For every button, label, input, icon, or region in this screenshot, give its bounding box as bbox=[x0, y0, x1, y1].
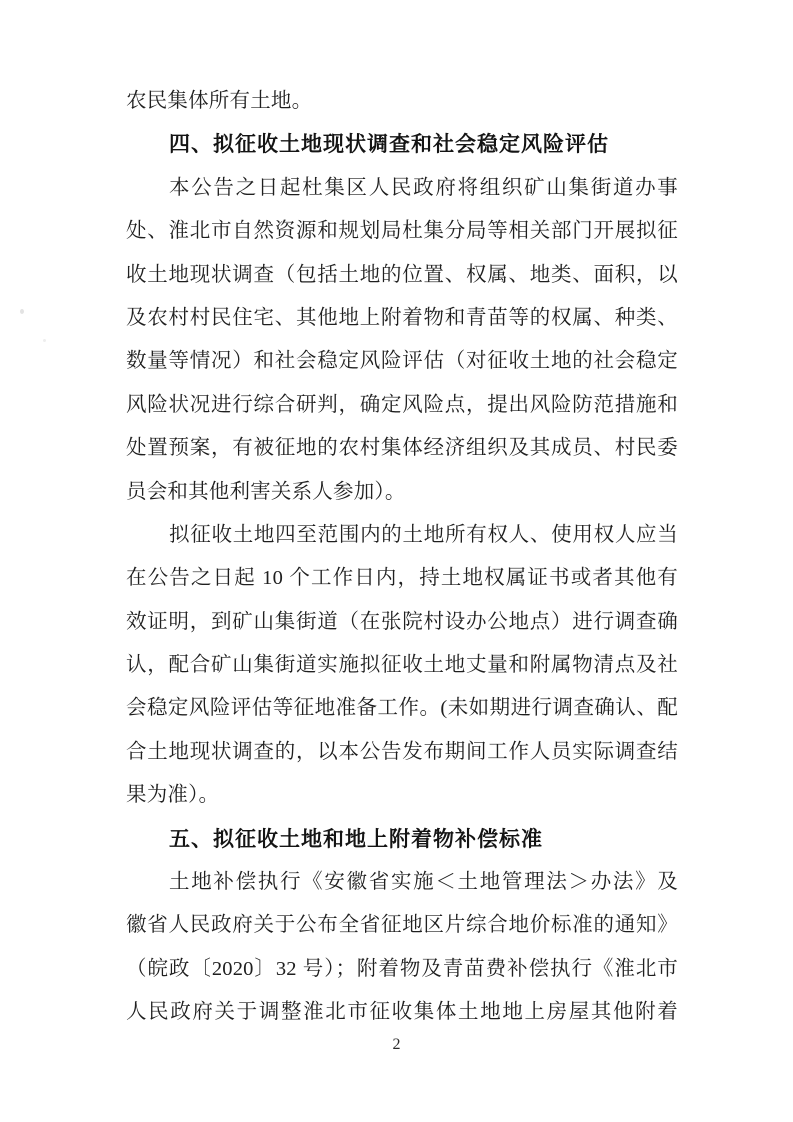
paragraph-line: 在公告之日起 10 个工作日内，持土地权属证书或者其他有 bbox=[126, 557, 678, 600]
paragraph-line: 本公告之日起杜集区人民政府将组织矿山集街道办事 bbox=[126, 167, 678, 210]
scan-artifact bbox=[43, 339, 46, 342]
paragraph-line: 效证明，到矿山集街道（在张院村设办公地点）进行调查确 bbox=[126, 601, 678, 644]
paragraph-line: 处、淮北市自然资源和规划局杜集分局等相关部门开展拟征 bbox=[126, 210, 678, 253]
section-heading-4: 四、拟征收土地现状调查和社会稳定风险评估 bbox=[126, 123, 678, 166]
paragraph-line: （皖政〔2020〕32 号）；附着物及青苗费补偿执行《淮北市 bbox=[126, 948, 678, 991]
paragraph-line: 员会和其他利害关系人参加）。 bbox=[126, 471, 678, 514]
continuation-line: 农民集体所有土地。 bbox=[126, 80, 678, 123]
paragraph-line: 会稳定风险评估等征地准备工作。(未如期进行调查确认、配 bbox=[126, 687, 678, 730]
paragraph-line: 及农村村民住宅、其他地上附着物和青苗等的权属、种类、 bbox=[126, 297, 678, 340]
paragraph-line: 数量等情况）和社会稳定风险评估（对征收土地的社会稳定 bbox=[126, 340, 678, 383]
paragraph-line: 果为准）。 bbox=[126, 774, 678, 817]
paragraph-line: 认，配合矿山集街道实施拟征收土地丈量和附属物清点及社 bbox=[126, 644, 678, 687]
paragraph-line: 处置预案，有被征地的农村集体经济组织及其成员、村民委 bbox=[126, 427, 678, 470]
paragraph-line: 拟征收土地四至范围内的土地所有权人、使用权人应当 bbox=[126, 514, 678, 557]
paragraph-line: 徽省人民政府关于公布全省征地区片综合地价标准的通知》 bbox=[126, 904, 678, 947]
paragraph-line: 人民政府关于调整淮北市征收集体土地地上房屋其他附着 bbox=[126, 991, 678, 1034]
document-page: 农民集体所有土地。 四、拟征收土地现状调查和社会稳定风险评估 本公告之日起杜集区… bbox=[0, 0, 793, 1122]
page-number: 2 bbox=[0, 1036, 793, 1054]
document-body: 农民集体所有土地。 四、拟征收土地现状调查和社会稳定风险评估 本公告之日起杜集区… bbox=[126, 80, 678, 1035]
paragraph-line: 合土地现状调查的，以本公告发布期间工作人员实际调查结 bbox=[126, 731, 678, 774]
paragraph-line: 土地补偿执行《安徽省实施＜土地管理法＞办法》及《安 bbox=[126, 861, 678, 904]
paragraph-line: 风险状况进行综合研判，确定风险点，提出风险防范措施和 bbox=[126, 384, 678, 427]
paragraph-line: 收土地现状调查（包括土地的位置、权属、地类、面积，以 bbox=[126, 254, 678, 297]
section-heading-5: 五、拟征收土地和地上附着物补偿标准 bbox=[126, 818, 678, 861]
scan-artifact bbox=[20, 309, 24, 314]
